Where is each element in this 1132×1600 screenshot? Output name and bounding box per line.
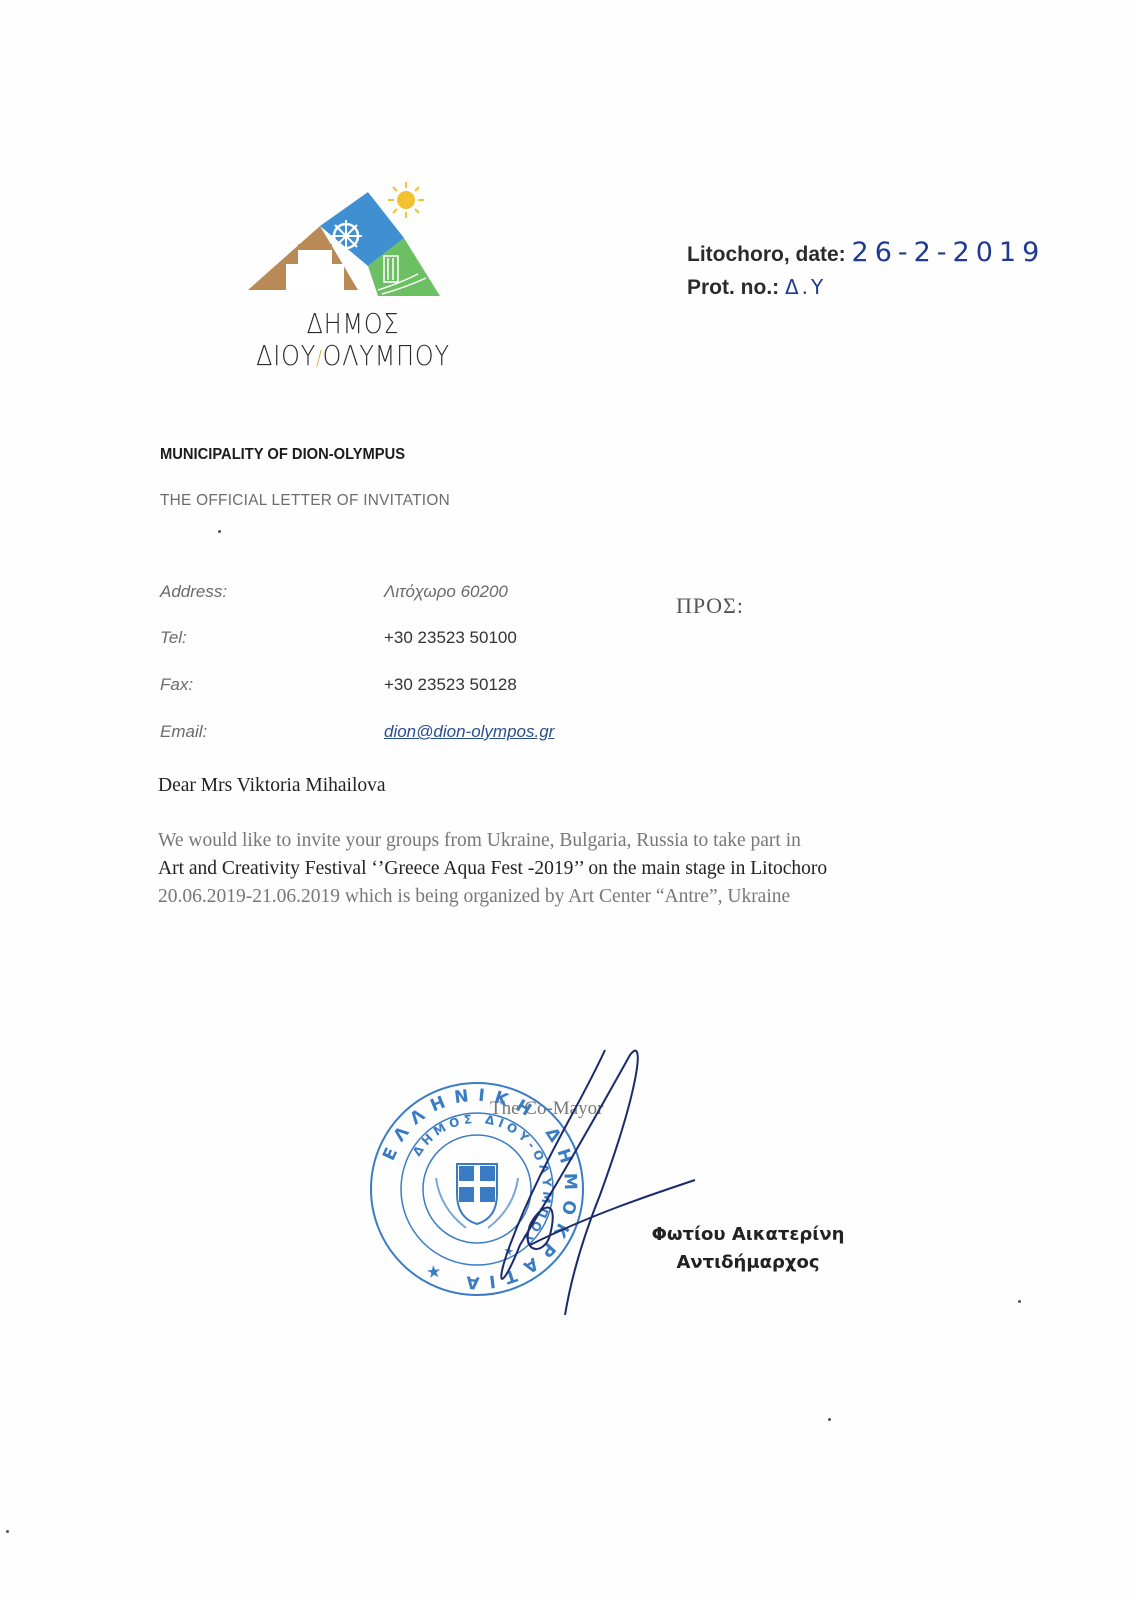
date-label: Litochoro, date: — [687, 243, 846, 266]
date-value: 26-2-2019 — [852, 237, 1046, 268]
body-line-3: 20.06.2019-21.06.2019 which is being org… — [158, 886, 790, 908]
scan-speck — [218, 530, 221, 533]
signer-role: Αντιδήμαρχος — [648, 1249, 848, 1277]
letter-page: ΔΗΜΟΣ ΔΙΟΥ/ΟΛΥΜΠΟΥ Litochoro, date: 26-2… — [0, 0, 1132, 1600]
municipality-name: MUNICIPALITY OF DION-OLYMPUS — [160, 446, 405, 464]
logo-line-2: ΔΙΟΥ/ΟΛΥΜΠΟΥ — [247, 340, 460, 374]
protocol-label: Prot. no.: — [687, 276, 779, 299]
municipality-logo-text: ΔΗΜΟΣ ΔΙΟΥ/ΟΛΥΜΠΟΥ — [228, 308, 478, 374]
fax-value: +30 23523 50128 — [384, 675, 517, 695]
date-protocol-block: Litochoro, date: 26-2-2019 Prot. no.: Δ.… — [687, 237, 1045, 304]
email-link[interactable]: dion@dion-olympos.gr — [384, 722, 554, 742]
fax-label: Fax: — [160, 675, 193, 695]
handwritten-signature-icon — [470, 1045, 700, 1325]
email-label: Email: — [160, 722, 207, 742]
body-line-2: Art and Creativity Festival ‘’Greece Aqu… — [158, 858, 827, 880]
logo-line-2-right: ΟΛΥΜΠΟΥ — [323, 339, 450, 372]
letter-subtitle: THE OFFICIAL LETTER OF INVITATION — [160, 492, 450, 510]
scan-speck — [828, 1418, 831, 1421]
logo-line-2-left: ΔΙΟΥ — [256, 339, 316, 372]
signer-block: Φωτίου Αικατερίνη Αντιδήμαρχος — [648, 1221, 848, 1277]
tel-label: Tel: — [160, 628, 187, 648]
address-value: Λιτόχωρο 60200 — [384, 582, 508, 602]
date-line: Litochoro, date: 26-2-2019 — [687, 237, 1045, 271]
protocol-value: Δ.Υ — [785, 275, 826, 299]
body-line-1: We would like to invite your groups from… — [158, 830, 801, 852]
tel-value: +30 23523 50100 — [384, 628, 517, 648]
signer-name: Φωτίου Αικατερίνη — [648, 1221, 848, 1249]
address-label: Address: — [160, 582, 227, 602]
scan-speck — [6, 1530, 9, 1533]
protocol-line: Prot. no.: Δ.Υ — [687, 271, 1045, 304]
logo-line-1: ΔΗΜΟΣ — [247, 308, 460, 340]
salutation: Dear Mrs Viktoria Mihailova — [158, 775, 386, 797]
scan-speck — [1018, 1300, 1021, 1303]
recipient-label: ΠΡΟΣ: — [676, 593, 744, 619]
